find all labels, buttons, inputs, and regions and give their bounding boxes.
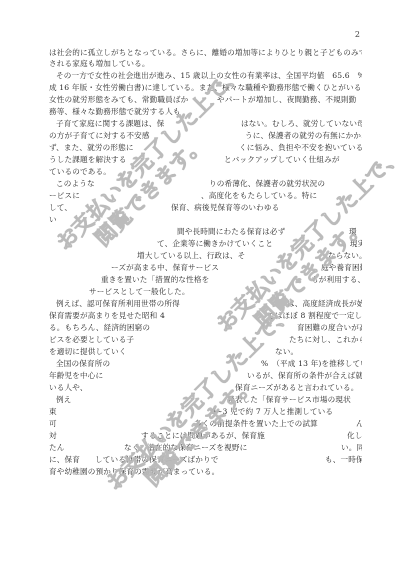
text-segment: している世帯の保育ニーズばかりで (95, 455, 219, 465)
text-line: 重きを置いた「措置的な性格をもが利用する、普遍 (49, 275, 362, 286)
text-line: 例えば、認可保育所利用世帯の所得は、高度経済成長が始まり (49, 299, 362, 310)
text-line: 成 16 年版・女性労働白書)に達している。また、様々な職種や勤務形態で働くひと… (49, 83, 362, 94)
text-segment: 、高度化をもたらしている。特に (201, 191, 317, 201)
text-line: 女性の就労形態をみても、常勤職員ばかやパートが増加し、夜間勤務、不規則勤 (49, 95, 362, 106)
text-line: サービスとして一般化した。 (49, 287, 362, 298)
text-segment: このような (56, 179, 95, 189)
text-segment: ない。 (275, 347, 298, 357)
text-segment: 年齢児を中心に (49, 371, 103, 381)
text-segment: 対 (49, 431, 57, 441)
text-segment: % （平成 13 年)を推移している。 (261, 359, 362, 369)
text-line: ビスを必要としている子たちに対し、これからも保育サー (49, 335, 362, 346)
text-segment: 育困難の度合いが高く、保育サー (297, 323, 362, 333)
text-segment: て、企業等に働きかけていくこと (157, 239, 273, 249)
text-segment: もが利用する、普遍 (311, 275, 362, 285)
text-segment: ではほぼ 8 割程度で一定してい (267, 311, 362, 321)
text-segment: い。同時 (341, 443, 362, 453)
text-segment: 多くの前提条件を置いた上での試算 (194, 419, 318, 429)
text-segment: は、高度経済成長が始まり (287, 299, 362, 309)
text-segment: とバックアップしていく仕組みが (224, 155, 340, 165)
text-segment: りの希薄化、保護者の就労状況の (209, 179, 325, 189)
text-line: ず、また、就労の形態にくに悩み、負担や不安を抱いている。こ (49, 143, 362, 154)
text-line: うした課題を解決するとバックアップしていく仕組みが (49, 155, 362, 166)
text-segment: ず、また、就労の形態に (49, 143, 134, 153)
text-segment: 化し (347, 431, 362, 441)
text-line: その一方で女性の社会進出が進み、15 歳以上の女性の有業率は、全国平均値 65.… (49, 71, 362, 82)
text-segment: 重きを置いた「措置的な性格を (101, 275, 209, 285)
text-segment: なく、潜在的な保育ニーズを視野に (124, 443, 247, 453)
text-segment: る。もちろん、経済的困窮の (49, 323, 150, 333)
text-segment: ん (356, 419, 362, 429)
text-line: 全国の保育所の% （平成 13 年)を推移している。 (49, 359, 362, 370)
text-segment: いるが、保育所の条件が合えば就労 (247, 371, 362, 381)
text-segment: 保育ニーズがあると言われている。 (235, 383, 359, 393)
text-line: 子育て家庭に関する課題は、保はない。むしろ、就労していない母親 (49, 119, 362, 130)
text-line: に、保育している世帯の保育ニーズばかりでも、一時保 (49, 455, 362, 466)
text-segment: 増大している以上、行政は、そ (137, 251, 245, 261)
text-line: される家庭も増加している。 (49, 59, 362, 70)
text-segment: たちに対し、これからも保育サー (289, 335, 362, 345)
text-segment: 0~3 児で約 7 万人と推測している (211, 407, 333, 417)
text-segment: 間や長時間にわたる保育は必ず (177, 227, 285, 237)
text-segment: 子育て家庭に関する課題は、保 (56, 119, 164, 129)
text-line: 対することには問題があるが、保育施化し (49, 431, 362, 442)
text-line: は社会的に孤立しがちとなっている。さらに、離婚の増加等によりひとり親と子どものみ… (49, 48, 362, 59)
text-segment: を適切に提供していく (49, 347, 126, 357)
text-segment: 発表した「保育サービス市場の現状 (227, 395, 351, 405)
text-segment: 可 (49, 419, 57, 429)
text-line: たんなく、潜在的な保育ニーズを視野にい。同時 (49, 443, 362, 454)
text-segment: いる人や、 (49, 383, 88, 393)
text-segment: は社会的に孤立しがちとなっている。さらに、離婚の増加等によりひとり親と子どものみ… (49, 48, 362, 58)
text-segment: 女性の就労形態をみても、常勤職員ばか (49, 95, 188, 105)
text-segment: い (49, 215, 57, 225)
text-line: の方が子育てに対する不安感うに、保護者の就労の有無にかかわら (49, 131, 362, 142)
page-number: 2 (350, 30, 360, 39)
text-segment: 育や幼稚園の預かり保育の需要が高まっている。 (49, 467, 219, 477)
text-segment: ているのである。 (49, 167, 111, 177)
text-segment: 例えば、認可保育所利用世帯の所得 (56, 299, 180, 309)
text-segment: 、現実 (342, 239, 362, 249)
text-line: ているのである。 (49, 167, 362, 178)
text-line: 年齢児を中心にいるが、保育所の条件が合えば就労 (49, 371, 362, 382)
text-segment: うした課題を解決する (49, 155, 126, 165)
text-line: を適切に提供していくない。 (49, 347, 362, 358)
text-segment: 環 (349, 227, 357, 237)
text-segment: たん (49, 443, 65, 453)
text-line: 間や長時間にわたる保育は必ず環 (49, 227, 362, 238)
text-segment: して、 (49, 203, 72, 213)
text-segment: はない。むしろ、就労していない母親 (241, 119, 362, 129)
text-line: る。もちろん、経済的困窮の育困難の度合いが高く、保育サー (49, 323, 362, 334)
text-line: いる人や、保育ニーズがあると言われている。 (49, 383, 362, 394)
text-segment: ーズが高まる中、保育サービス (111, 263, 219, 273)
text-segment: の方が子育てに対する不安感 (49, 131, 150, 141)
text-segment: ービスに (49, 191, 80, 201)
text-segment: に、保育 (49, 455, 80, 465)
text-segment: ビスを必要としている子 (49, 335, 134, 345)
text-line: 務等、様々な勤務形態で就労する人も (49, 107, 362, 118)
text-line: ービスに、高度化をもたらしている。特に (49, 191, 362, 202)
text-segment: うに、保護者の就労の有無にかかわら (245, 131, 362, 141)
text-line: 増大している以上、行政は、そならない。 (49, 251, 362, 262)
text-segment: その一方で女性の社会進出が進み、15 歳以上の女性の有業率は、全国平均値 65.… (56, 71, 362, 81)
text-segment: される家庭も増加している。 (49, 59, 150, 69)
text-line: 可多くの前提条件を置いた上での試算ん (49, 419, 362, 430)
text-line: 例え発表した「保育サービス市場の現状 (49, 395, 362, 406)
text-segment: サービスとして一般化した。 (89, 287, 190, 297)
text-line: 育や幼稚園の預かり保育の需要が高まっている。 (49, 467, 362, 478)
text-line: 保育需要が高まりを見せた昭和 4ではほぼ 8 割程度で一定してい (49, 311, 362, 322)
text-line: い (49, 215, 362, 226)
text-segment: 庭や養育困難家 (321, 263, 362, 273)
text-segment: 保育需要が高まりを見せた昭和 4 (49, 311, 165, 321)
text-segment: 成 16 年版・女性労働白書)に達している。また、様々な職種や勤務形態で働くひと… (49, 83, 362, 93)
text-line: て、企業等に働きかけていくこと、現実 (49, 239, 362, 250)
text-segment: 東 (49, 407, 57, 417)
text-segment: も、一時保 (325, 455, 362, 465)
text-segment: することには問題があるが、保育施 (141, 431, 265, 441)
text-segment: 全国の保育所の (56, 359, 110, 369)
text-segment: くに悩み、負担や不安を抱いている。こ (239, 143, 362, 153)
text-segment: 保育、病後児保育等のいわゆる (171, 203, 279, 213)
text-line: ーズが高まる中、保育サービス庭や養育困難家 (49, 263, 362, 274)
text-line: して、保育、病後児保育等のいわゆる (49, 203, 362, 214)
text-segment: 務等、様々な勤務形態で就労する人も (49, 107, 181, 117)
text-line: 東0~3 児で約 7 万人と推測している (49, 407, 362, 418)
text-line: このようなりの希薄化、保護者の就労状況の (49, 179, 362, 190)
text-segment: やパートが増加し、夜間勤務、不規則勤 (217, 95, 356, 105)
text-segment: 例え (56, 395, 72, 405)
text-segment: ならない。 (328, 251, 362, 261)
document-page: 2 は社会的に孤立しがちとなっている。さらに、離婚の増加等によりひとり親と子ども… (0, 0, 410, 580)
